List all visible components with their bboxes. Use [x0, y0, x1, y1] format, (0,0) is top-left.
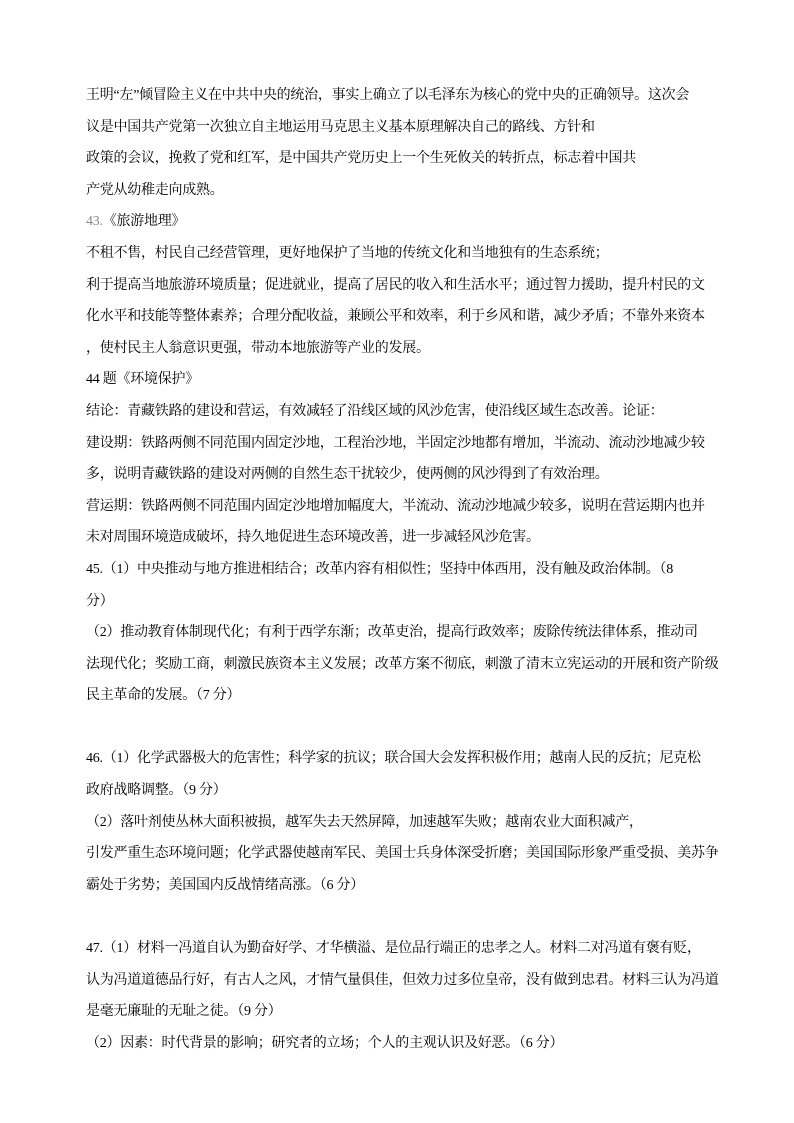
text-line: 引发严重生态环境问题；化学武器使越南军民、美国士兵身体深受折磨；美国国际形象严重…: [86, 838, 726, 870]
document-body: 王明“左”倾冒险主义在中共中央的统治，事实上确立了以毛泽东为核心的党中央的正确领…: [86, 80, 726, 1059]
text-line: 多，说明青藏铁路的建设对两侧的自然生态干扰较少，使两侧的风沙得到了有效治理。: [86, 459, 726, 491]
text-line: 45.（1）中央推动与地方推进相结合；改革内容有相似性；坚持中体西用，没有触及政…: [86, 554, 726, 586]
text-line: 46.（1）化学武器极大的危害性；科学家的抗议；联合国大会发挥积极作用；越南人民…: [86, 743, 726, 775]
text-line: 法现代化；奖励工商，刺激民族资本主义发展；改革方案不彻底，刺激了清末立宪运动的开…: [86, 649, 726, 681]
text-line: （2）落叶剂使丛林大面积被损，越军失去天然屏障，加速越军失败；越南农业大面积减产…: [86, 807, 726, 839]
blank-line: [86, 712, 726, 744]
text-line: （2）因素：时代背景的影响；研究者的立场；个人的主观认识及好恶。（6 分）: [86, 1028, 726, 1060]
text-line: 化水平和技能等整体素养；合理分配收益，兼顾公平和效率，利于乡风和谐，减少矛盾；不…: [86, 301, 726, 333]
question-number: 43.: [86, 214, 103, 229]
text-line: 王明“左”倾冒险主义在中共中央的统治，事实上确立了以毛泽东为核心的党中央的正确领…: [86, 80, 726, 112]
text-line: 民主革命的发展。（7 分）: [86, 680, 726, 712]
text-line: 是毫无廉耻的无耻之徒。（9 分）: [86, 996, 726, 1028]
text-line: 政府战略调整。（9 分）: [86, 775, 726, 807]
text-line: 议是中国共产党第一次独立自主地运用马克思主义基本原理解决自己的路线、方针和: [86, 112, 726, 144]
document-page: 王明“左”倾冒险主义在中共中央的统治，事实上确立了以毛泽东为核心的党中央的正确领…: [0, 0, 794, 1123]
text-line: 政策的会议，挽救了党和红军，是中国共产党历史上一个生死攸关的转折点，标志着中国共: [86, 143, 726, 175]
text-line: 认为冯道道德品行好，有古人之风，才情气量俱佳，但效力过多位皇帝，没有做到忠君。材…: [86, 965, 726, 997]
text-line: 结论：青藏铁路的建设和营运，有效减轻了沿线区域的风沙危害，使沿线区域生态改善。论…: [86, 396, 726, 428]
blank-line: [86, 901, 726, 933]
text-line: 建设期：铁路两侧不同范围内固定沙地，工程治沙地，半固定沙地都有增加，半流动、流动…: [86, 428, 726, 460]
text-line: 未对周围环境造成破坏，持久地促进生态环境改善，进一步减轻风沙危害。: [86, 522, 726, 554]
text-line: 不租不售，村民自己经营管理，更好地保护了当地的传统文化和当地独有的生态系统；: [86, 238, 726, 270]
text-line: 43.《旅游地理》: [86, 206, 726, 238]
text-line: 44 题《环境保护》: [86, 364, 726, 396]
heading-text: 《旅游地理》: [103, 214, 186, 229]
text-line: ，使村民主人翁意识更强，带动本地旅游等产业的发展。: [86, 333, 726, 365]
text-line: 产党从幼稚走向成熟。: [86, 175, 726, 207]
text-line: 霸处于劣势；美国国内反战情绪高涨。（6 分）: [86, 870, 726, 902]
text-line: 分）: [86, 586, 726, 618]
text-line: 营运期：铁路两侧不同范围内固定沙地增加幅度大，半流动、流动沙地减少较多，说明在营…: [86, 491, 726, 523]
text-line: （2）推动教育体制现代化；有利于西学东渐；改革吏治，提高行政效率；废除传统法律体…: [86, 617, 726, 649]
text-line: 47.（1）材料一冯道自认为勤奋好学、才华横溢、是位品行端正的忠孝之人。材料二对…: [86, 933, 726, 965]
text-line: 利于提高当地旅游环境质量；促进就业，提高了居民的收入和生活水平；通过智力援助，提…: [86, 270, 726, 302]
